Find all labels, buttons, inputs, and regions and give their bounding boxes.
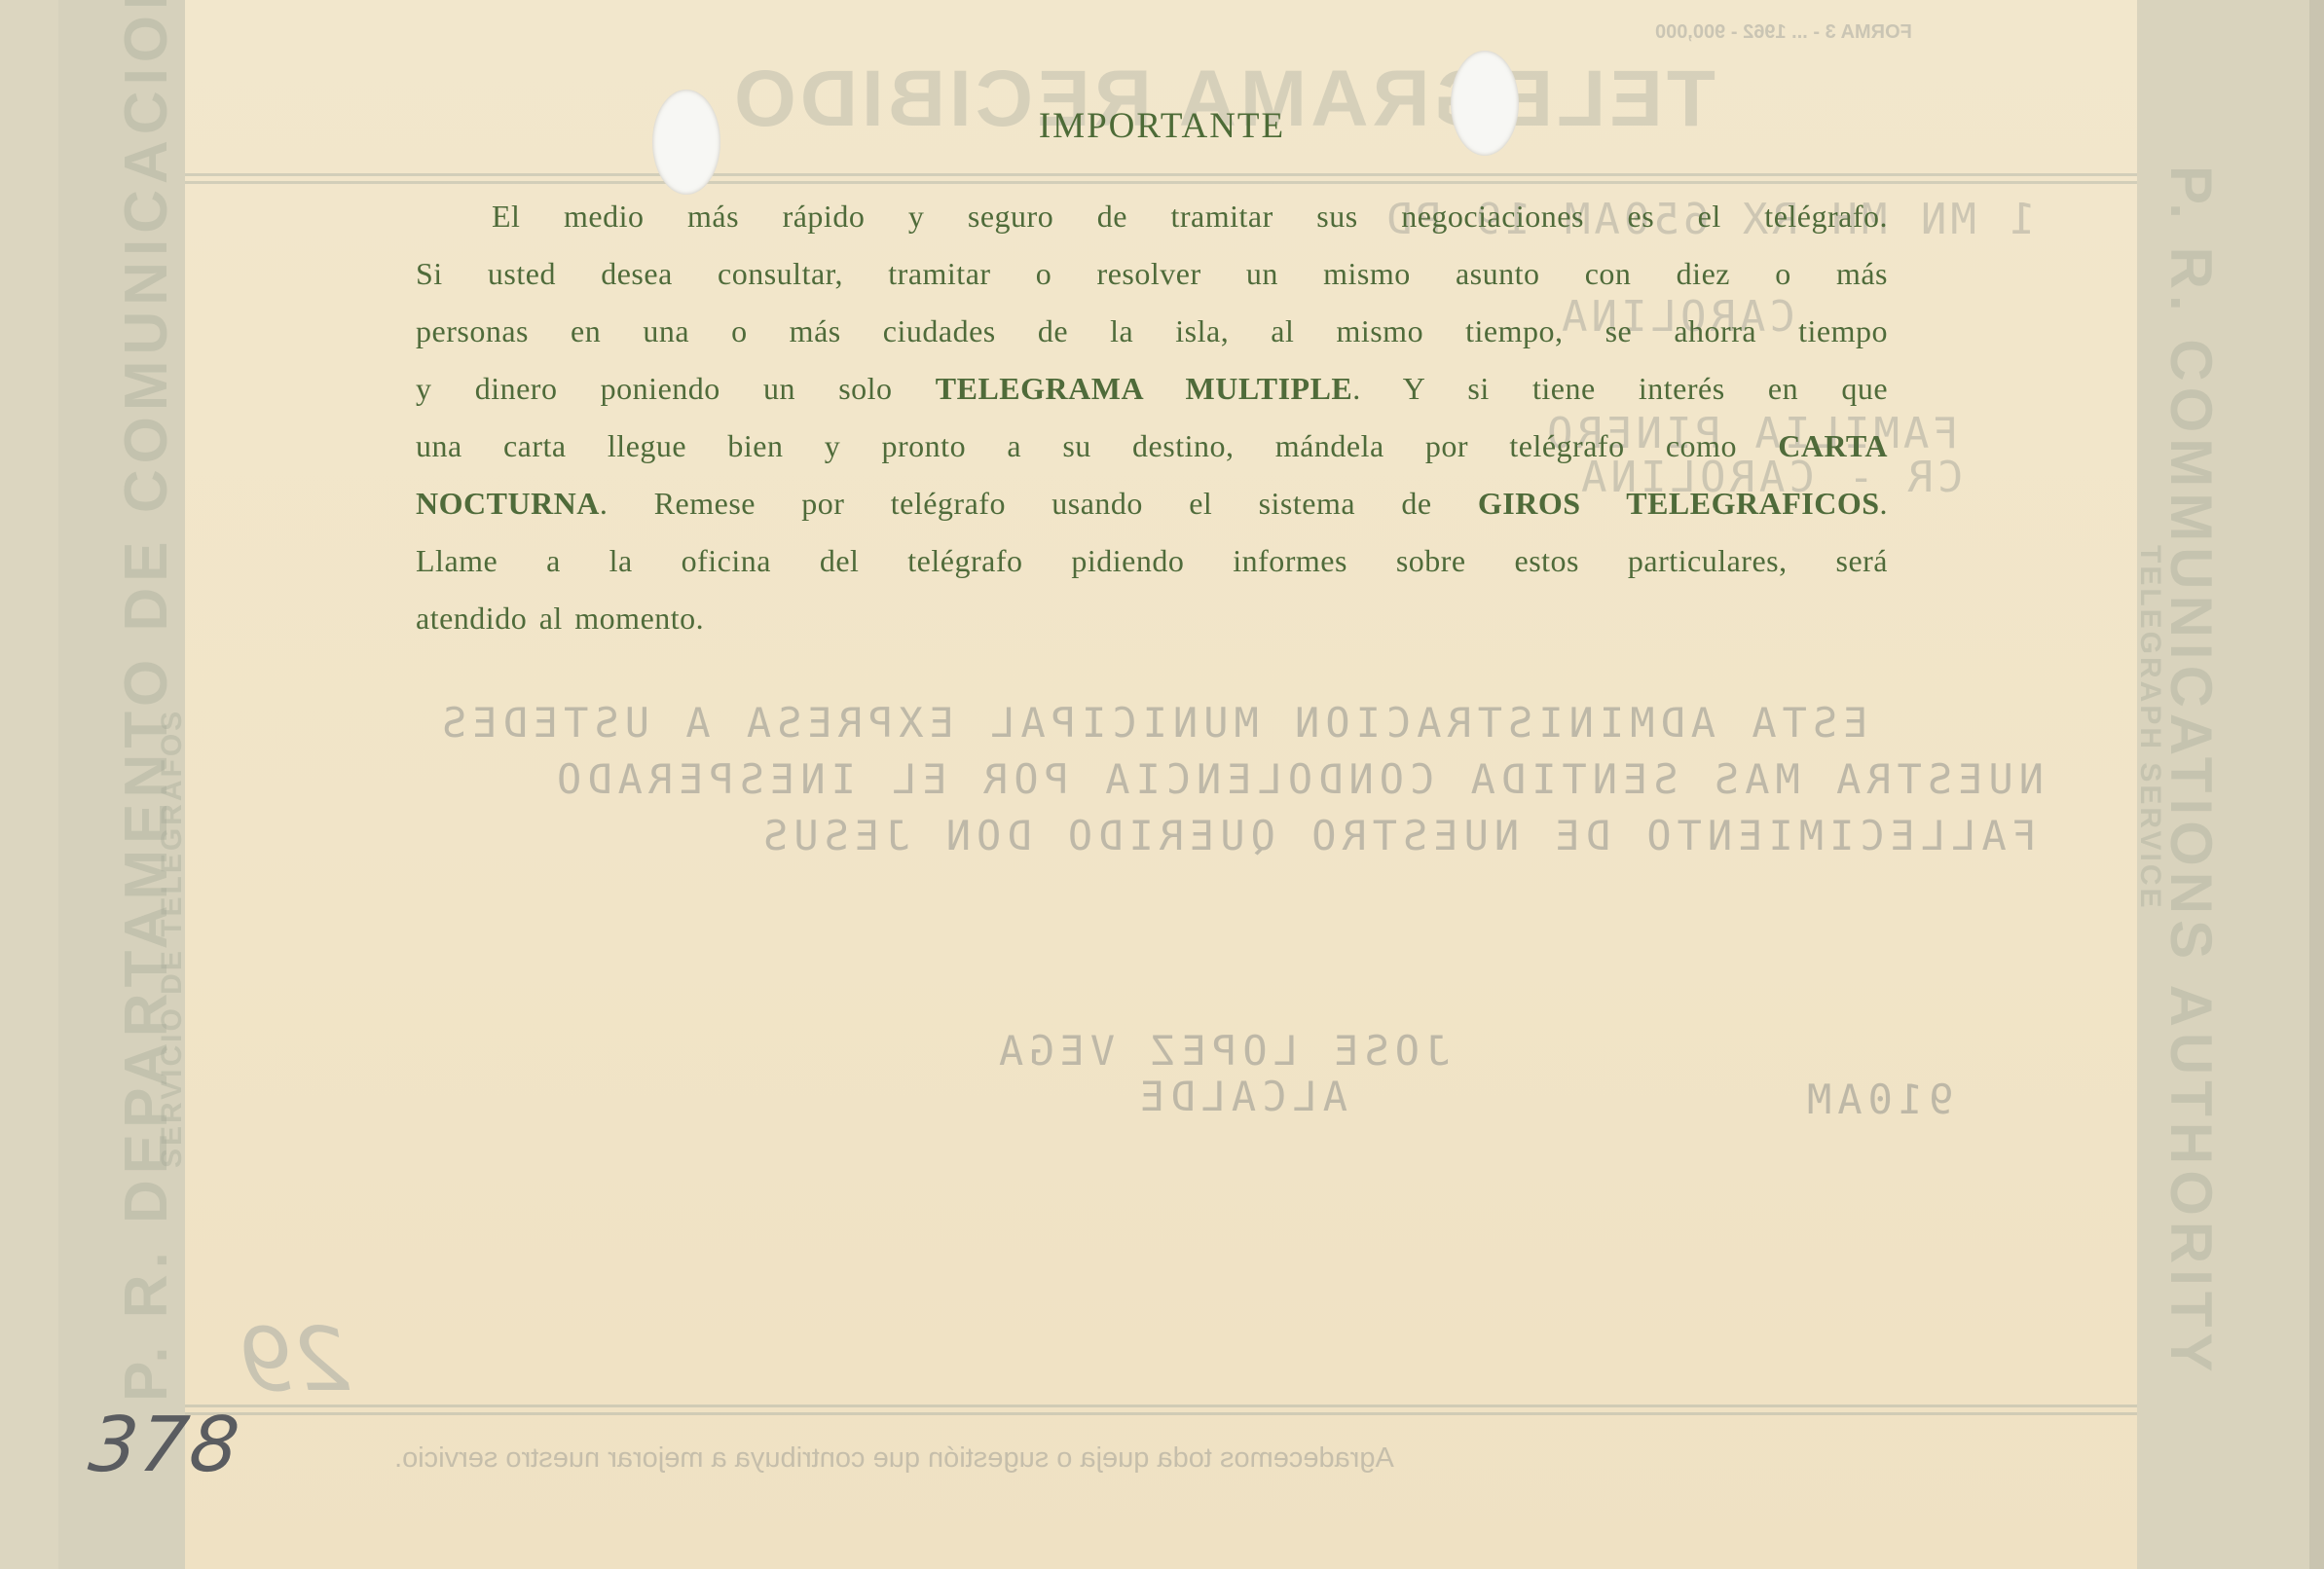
ghost-message-line-3: FALLECIMIENTO DE NUESTRO QUERIDO DON JES… xyxy=(757,812,2037,859)
left-band-ghost-text: P. R. DEPARTAMENTO DE COMUNICACIONES xyxy=(112,0,181,1402)
ghost-signature-title: ALCALDE xyxy=(1134,1073,1347,1120)
notice-line-5: una carta llegue bien y pronto a su dest… xyxy=(416,418,1888,475)
ghost-time-received: 910AM xyxy=(1801,1076,1953,1123)
ghost-form-code: FORMA 3 - ... 1962 - 900,000 xyxy=(1655,21,1912,44)
notice-line-7: Llame a la oficina del telégrafo pidiend… xyxy=(416,532,1888,590)
ghost-pencil-mark: 29 xyxy=(239,1309,350,1411)
telegram-back-page: P. R. DEPARTAMENTO DE COMUNICACIONES SER… xyxy=(0,0,2324,1569)
notice-line-2: Si usted desea consultar, tramitar o res… xyxy=(416,245,1888,303)
ghost-message-line-1: ESTA ADMINISTRACION MUNICIPAL EXPRESA A … xyxy=(436,699,1867,747)
notice-line-4: y dinero poniendo un solo TELEGRAMA MULT… xyxy=(416,360,1888,418)
ghost-footer-text: Agradecemos toda queja o sugestión que c… xyxy=(394,1442,1394,1475)
notice-line-3: personas en una o más ciudades de la isl… xyxy=(416,303,1888,360)
top-rule-second xyxy=(185,181,2137,184)
notice-paragraph: El medio más rápido y seguro de tramitar… xyxy=(416,188,1888,647)
service-name-telegrama-multiple: TELEGRAMA MULTIPLE xyxy=(936,371,1353,406)
handwritten-page-number: 378 xyxy=(85,1402,244,1489)
page-title: IMPORTANTE xyxy=(0,105,2324,147)
right-band-ghost-subtext: TELEGRAPH SERVICE xyxy=(2133,545,2166,911)
text-span: y dinero poniendo un solo xyxy=(416,371,936,406)
text-span: . Remese por telégrafo usando el sistema… xyxy=(600,486,1478,521)
notice-line-1: El medio más rápido y seguro de tramitar… xyxy=(416,188,1888,245)
right-band-ghost-text: P. R. COMMUNICATIONS AUTHORITY xyxy=(2158,165,2225,1378)
service-name-carta: CARTA xyxy=(1778,428,1888,463)
text-span: una carta llegue bien y pronto a su dest… xyxy=(416,428,1778,463)
bottom-rule xyxy=(185,1405,2137,1407)
ghost-signature-name: JOSE LOPEZ VEGA xyxy=(993,1027,1450,1075)
ghost-message-line-2: NUESTRA MAS SENTIDA CONDOLENCIA POR EL I… xyxy=(551,755,2044,803)
text-span: . Y si tiene interés en que xyxy=(1352,371,1888,406)
text-span: . xyxy=(1880,486,1889,521)
service-name-giros-telegraficos: GIROS TELEGRAFICOS xyxy=(1478,486,1880,521)
notice-line-6: NOCTURNA. Remese por telégrafo usando el… xyxy=(416,475,1888,532)
right-page-edge xyxy=(2309,0,2324,1569)
bottom-rule-second xyxy=(185,1412,2137,1415)
service-name-nocturna: NOCTURNA xyxy=(416,486,600,521)
top-rule xyxy=(185,173,2137,176)
left-band-ghost-subtext: SERVICIO DE TELEGRAFOS xyxy=(156,709,189,1168)
notice-line-8: atendido al momento. xyxy=(416,590,1888,647)
